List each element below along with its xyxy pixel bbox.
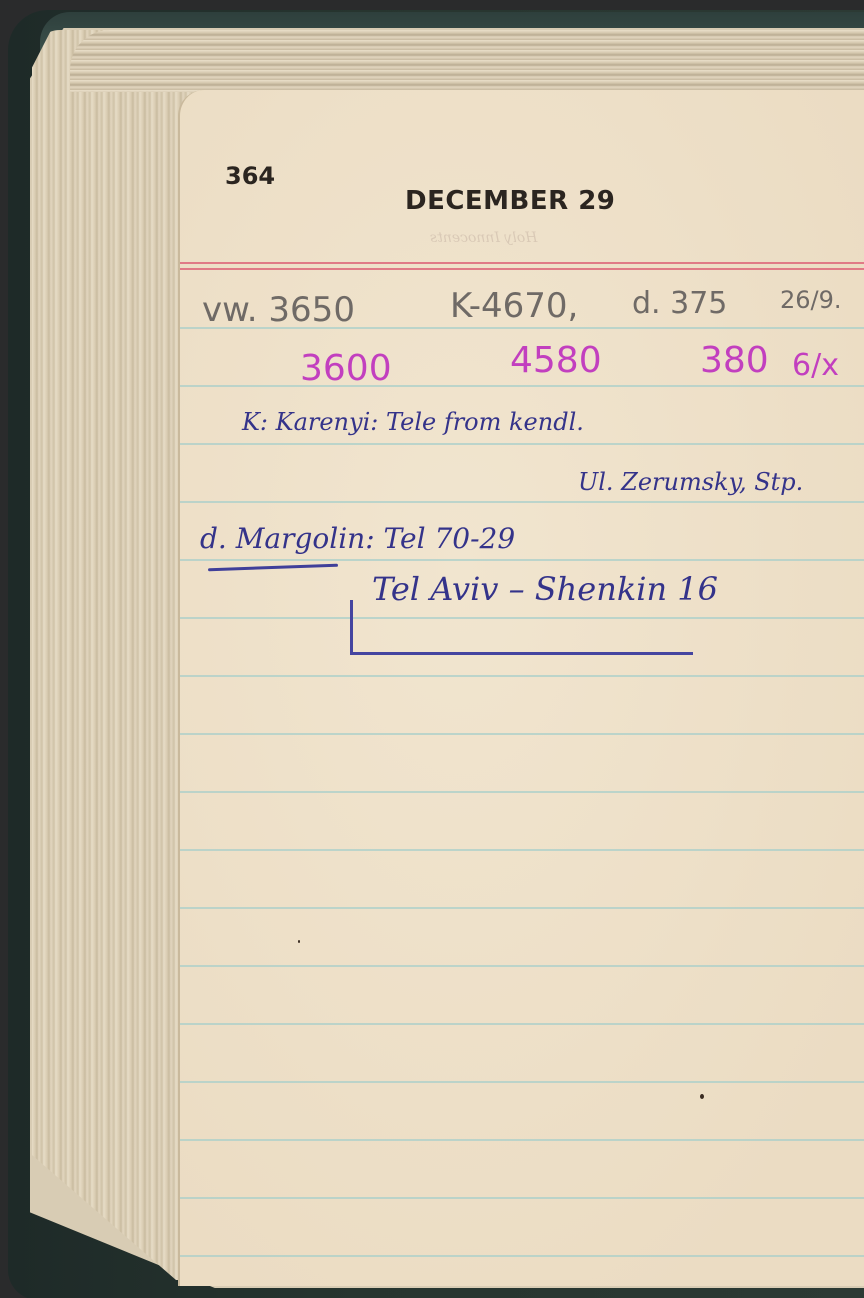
ruled-line xyxy=(180,1255,864,1257)
ruled-line xyxy=(180,501,864,503)
ruled-line xyxy=(180,675,864,677)
ruled-line xyxy=(180,559,864,561)
pencil-entry-vw: vw. 3650 xyxy=(202,290,355,330)
ruled-line xyxy=(180,965,864,967)
bleed-through-text: Holy Innocents xyxy=(430,230,537,246)
bracket-stroke xyxy=(350,600,693,655)
page-edges-left xyxy=(32,30,192,1280)
date-header: DECEMBER 29 xyxy=(405,186,615,216)
header-rule-red xyxy=(180,268,864,270)
ruled-line xyxy=(180,907,864,909)
pencil-entry-d: d. 375 xyxy=(632,286,727,321)
ruled-line xyxy=(180,385,864,387)
ink-entry-karenyi: K: Karenyi: Tele from kendl. xyxy=(242,408,584,436)
ink-entry-address: Ul. Zerumsky, Stp. xyxy=(578,468,803,496)
magenta-entry-2: 4580 xyxy=(510,340,602,381)
pencil-entry-k: K-4670, xyxy=(450,286,578,326)
ruled-line xyxy=(180,849,864,851)
ruled-line xyxy=(180,791,864,793)
ruled-line xyxy=(180,1197,864,1199)
ruled-line xyxy=(180,1023,864,1025)
ruled-line xyxy=(180,1139,864,1141)
ruled-line xyxy=(180,443,864,445)
page-edges-top xyxy=(70,30,864,92)
header-rule-red xyxy=(180,262,864,264)
ink-entry-margolin: d. Margolin: Tel 70-29 xyxy=(200,522,515,555)
page-number: 364 xyxy=(225,162,275,190)
diary-page: 364 DECEMBER 29 Holy Innocents vw. 3650 … xyxy=(178,90,864,1286)
magenta-entry-4: 6/x xyxy=(792,348,839,383)
pencil-entry-date: 26/9. xyxy=(780,286,842,314)
ink-speck xyxy=(298,940,300,943)
magenta-entry-1: 3600 xyxy=(300,348,392,389)
magenta-entry-3: 380 xyxy=(700,340,769,381)
ink-speck xyxy=(700,1094,704,1099)
ruled-line xyxy=(180,733,864,735)
underline-margolin xyxy=(208,564,338,572)
ruled-line xyxy=(180,1081,864,1083)
